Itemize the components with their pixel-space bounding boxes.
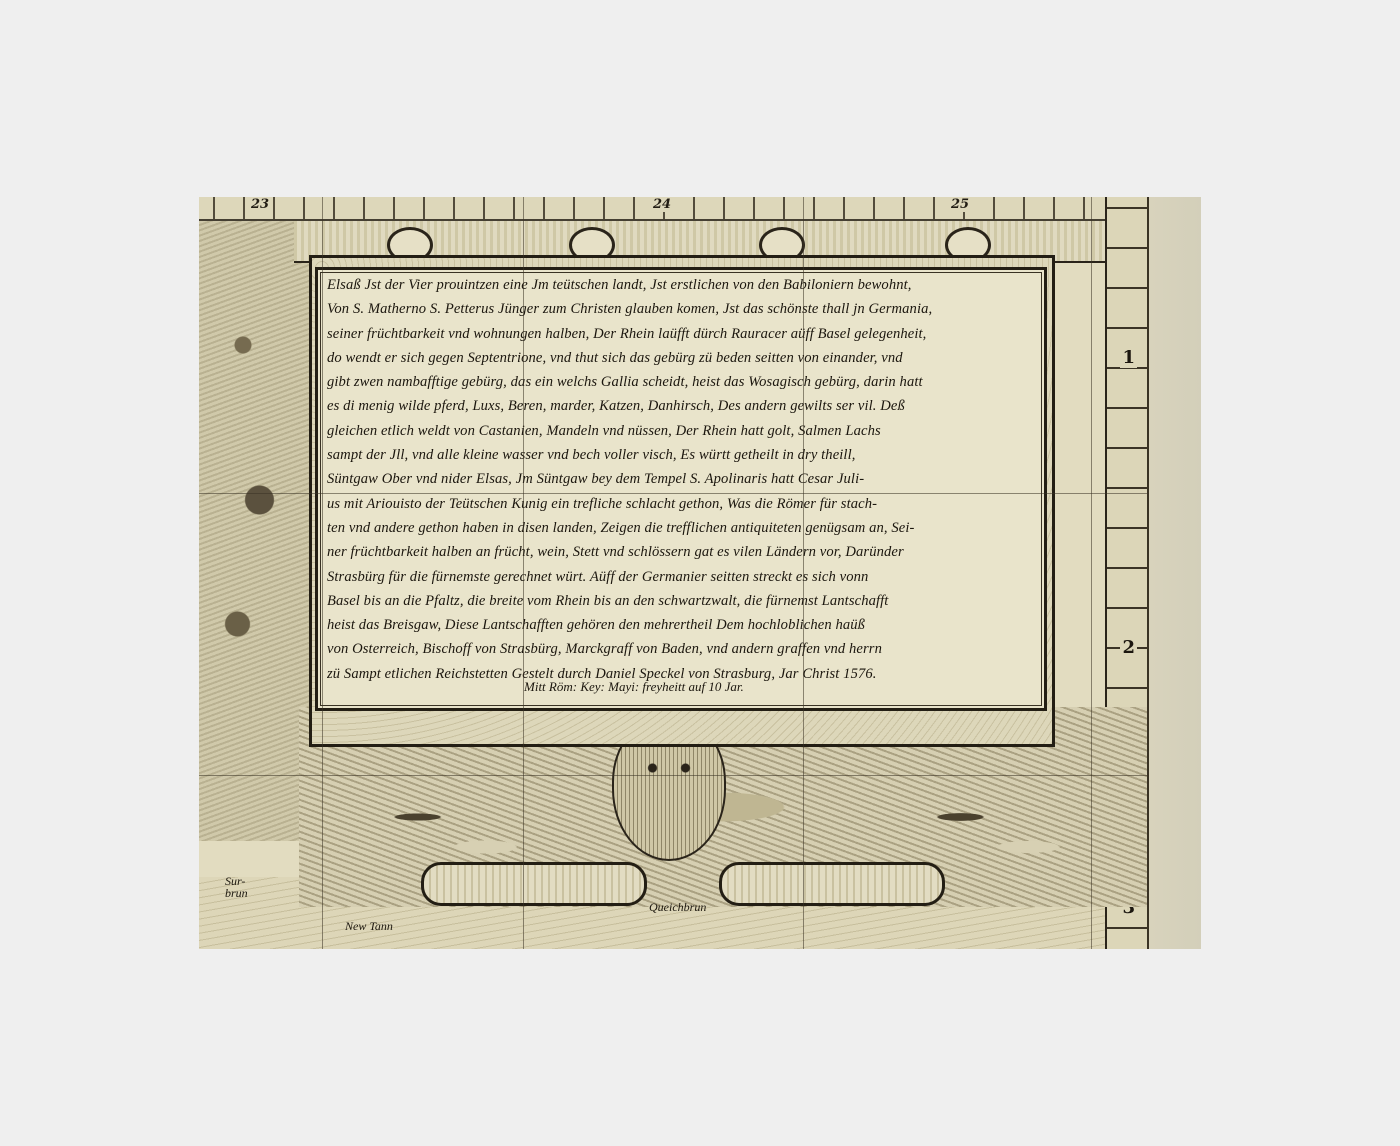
text-line: von Osterreich, Bischoff von Strasbürg, … [327, 637, 1042, 661]
text-line: gibt zwen nambafftige gebürg, das ein we… [327, 370, 1042, 394]
text-line: ten vnd andere gethon haben in disen lan… [327, 516, 1042, 540]
fold-line [322, 197, 323, 949]
cartouche-text: Elsaß Jst der Vier prouintzen eine Jm te… [327, 273, 1042, 686]
grid-number: 1 [1120, 347, 1137, 368]
text-line: heist das Breisgaw, Diese Lantschafften … [327, 613, 1042, 637]
fold-line [199, 493, 1147, 494]
scroll-ornament [421, 862, 647, 906]
scroll-ornament [719, 862, 945, 906]
fold-line [803, 197, 804, 949]
place-label-queichbrun: Queichbrun [649, 900, 706, 915]
text-line: es di menig wilde pferd, Luxs, Beren, ma… [327, 394, 1042, 418]
paper-edge [1147, 197, 1201, 949]
text-line: Basel bis an die Pfaltz, die breite vom … [327, 589, 1042, 613]
text-line: Süntgaw Ober vnd nider Elsas, Jm Süntgaw… [327, 467, 1042, 491]
map-photograph: 23 24 25 1 2 3 Elsaß Jst der Vier prouin… [199, 197, 1201, 949]
fold-line [1091, 197, 1092, 949]
text-line: Von S. Matherno S. Petterus Jünger zum C… [327, 297, 1042, 321]
fold-line [199, 775, 1147, 776]
place-label-new-tann: New Tann [345, 919, 393, 934]
text-line: Strasbürg für die fürnemste gerechnet wü… [327, 565, 1042, 589]
fold-line [523, 197, 524, 949]
privilege-line: Mitt Röm: Key: Mayi: freyheitt auf 10 Ja… [524, 679, 744, 695]
text-line: seiner früchtbarkeit vnd wohnungen halbe… [327, 322, 1042, 346]
text-line: ner früchtbarkeit halben an frücht, wein… [327, 540, 1042, 564]
grid-number: 23 [249, 197, 271, 212]
text-line: sampt der Jll, vnd alle kleine wasser vn… [327, 443, 1042, 467]
text-line: us mit Ariouisto der Teütschen Kunig ein… [327, 492, 1042, 516]
grid-number: 24 [651, 197, 673, 212]
fruit-garland-ornament [199, 221, 309, 841]
place-label-surbrun: Sur- brun [225, 875, 259, 899]
grid-number: 2 [1120, 637, 1137, 658]
grid-number: 25 [949, 197, 971, 212]
text-line: Elsaß Jst der Vier prouintzen eine Jm te… [327, 273, 1042, 297]
text-line: do wendt er sich gegen Septentrione, vnd… [327, 346, 1042, 370]
text-line: gleichen etlich weldt von Castanien, Man… [327, 419, 1042, 443]
